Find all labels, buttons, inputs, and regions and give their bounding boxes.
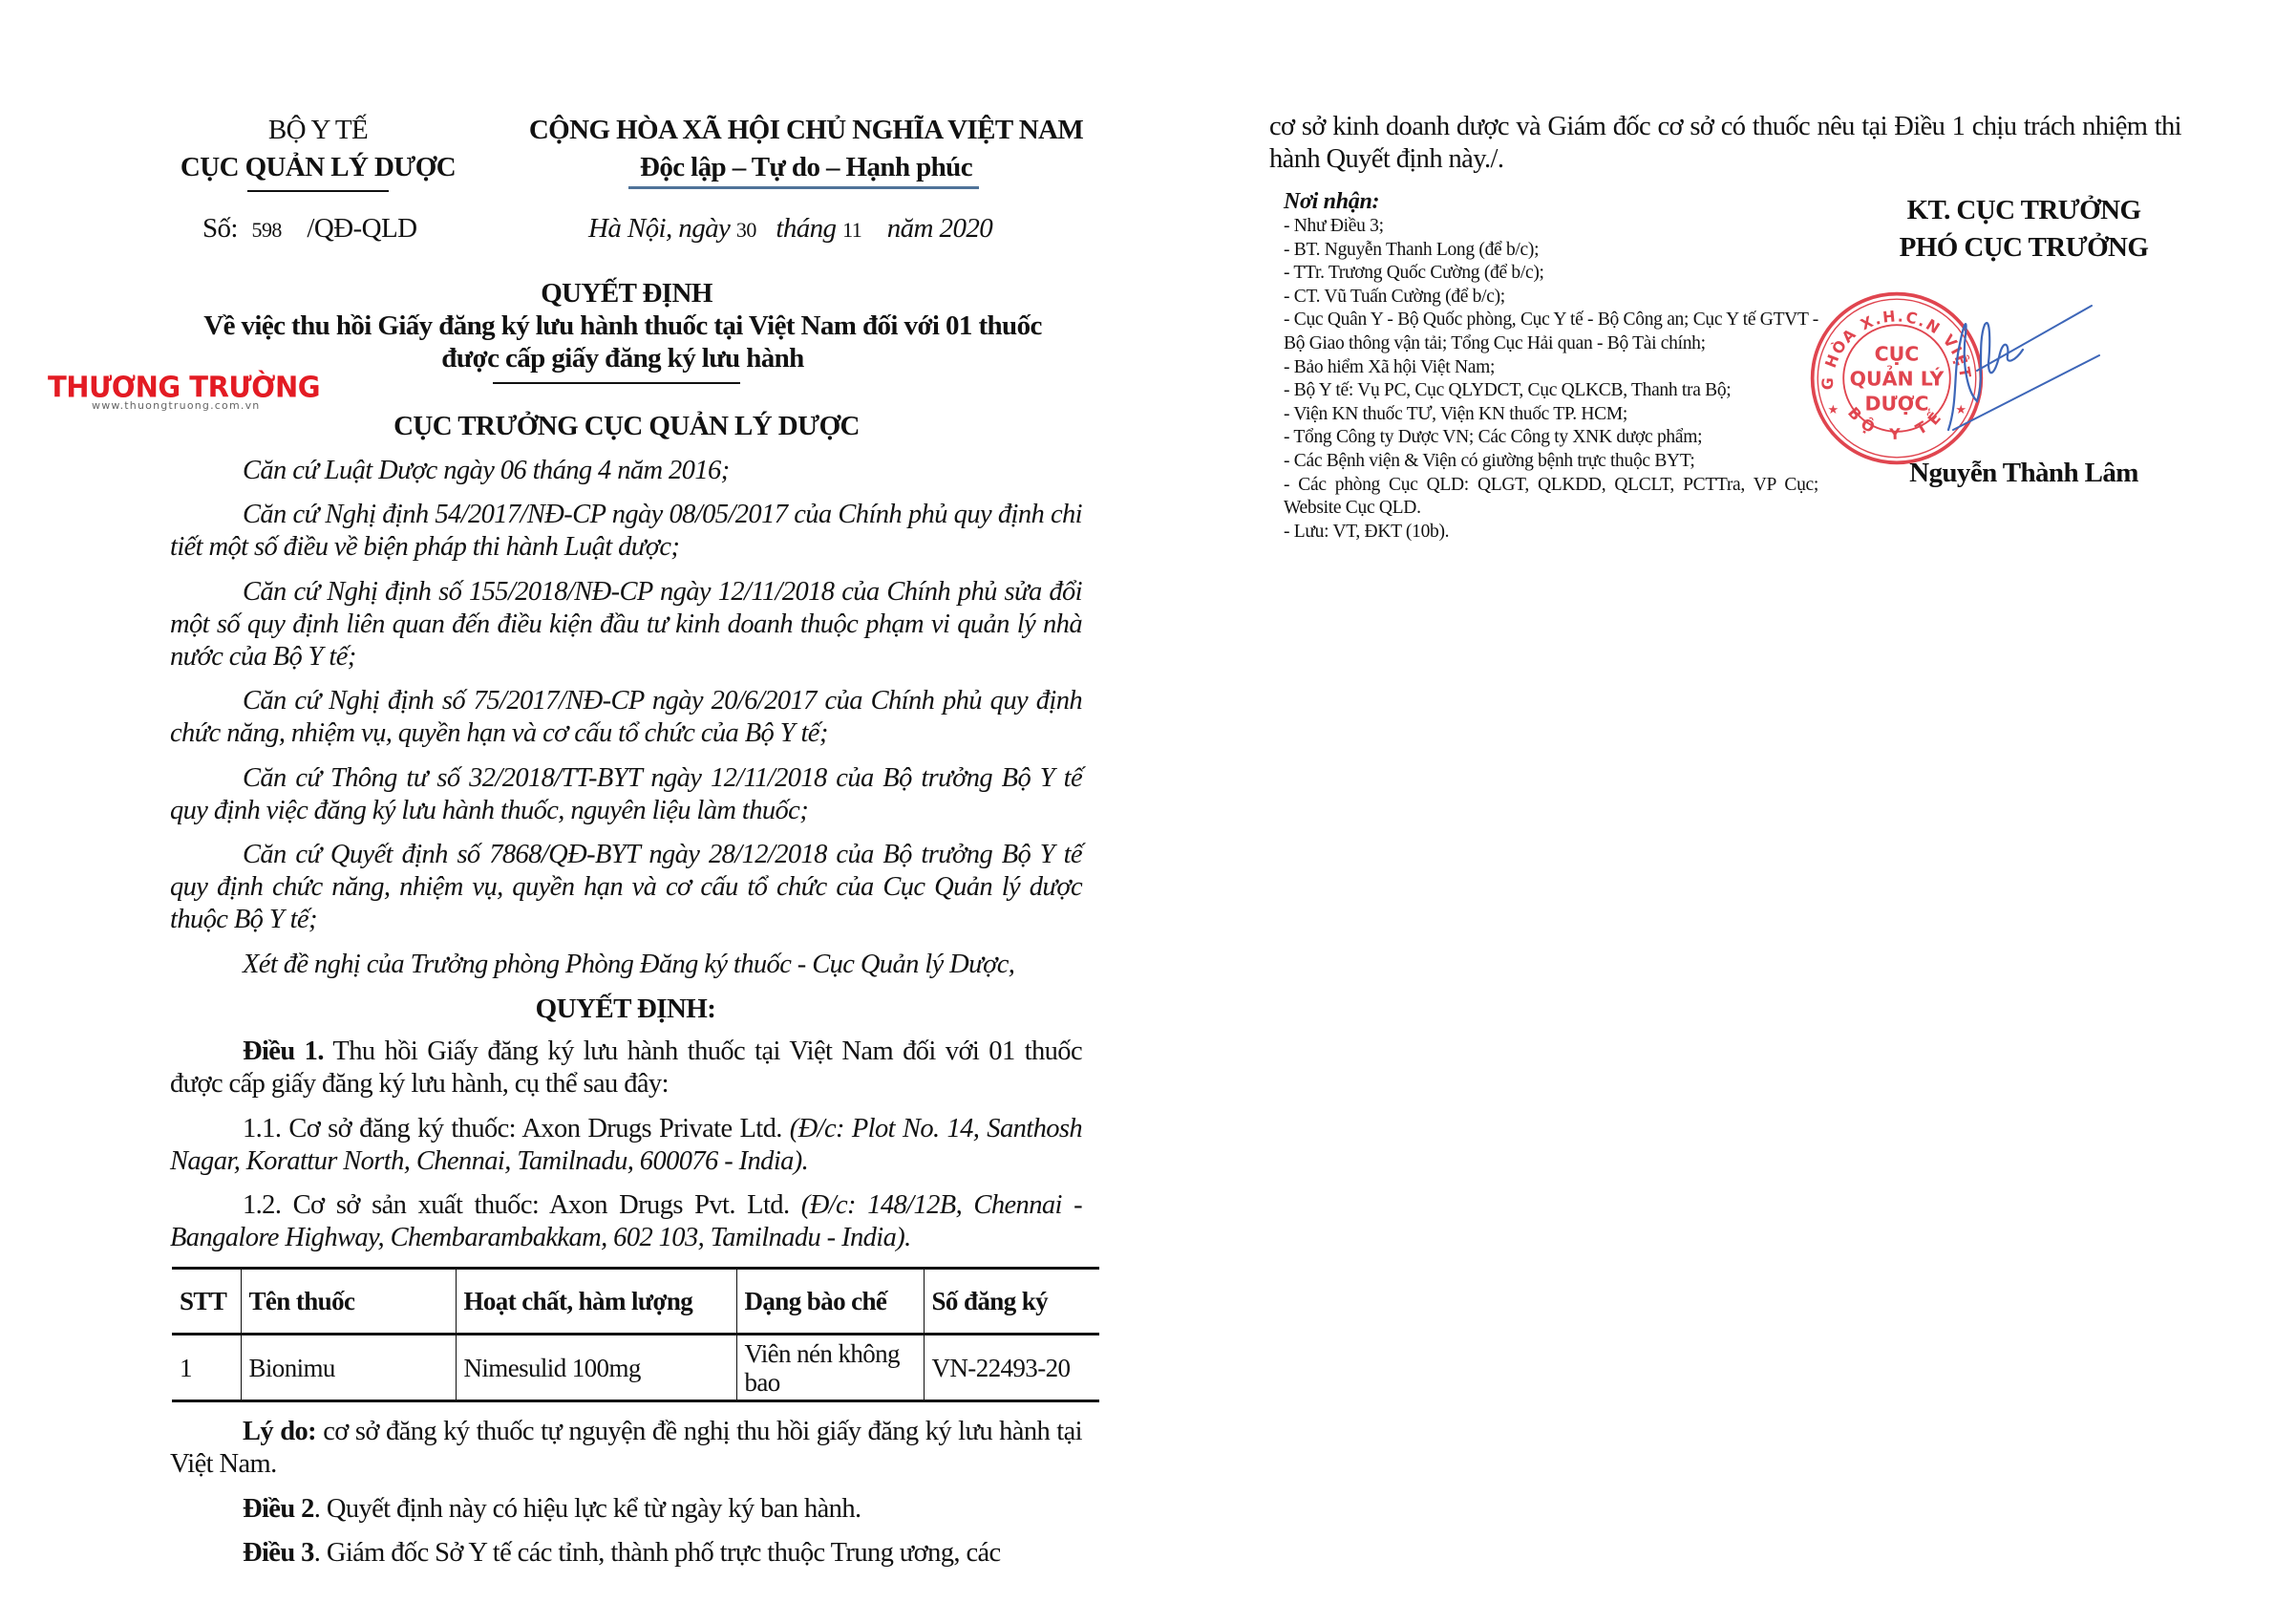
date-year: năm 2020 bbox=[887, 213, 992, 244]
ministry-name: BỘ Y TẾ bbox=[268, 114, 368, 146]
cell-active-ingredient: Nimesulid 100mg bbox=[456, 1335, 736, 1401]
preamble-1: Căn cứ Luật Dược ngày 06 tháng 4 năm 201… bbox=[170, 455, 1082, 487]
preamble-6: Căn cứ Quyết định số 7868/QĐ-BYT ngày 28… bbox=[170, 839, 1082, 936]
issuing-authority: CỤC TRƯỞNG CỤC QUẢN LÝ DƯỢC bbox=[393, 410, 860, 442]
date-place: Hà Nội, ngày bbox=[588, 213, 730, 244]
article-2: Điều 2. Quyết định này có hiệu lực kể từ… bbox=[170, 1493, 1082, 1526]
motto-underline bbox=[628, 186, 979, 189]
cell-dosage-form: Viên nén không bao bbox=[736, 1335, 924, 1401]
recipient-item: - Bộ Y tế: Vụ PC, Cục QLYDCT, Cục QLKCB,… bbox=[1284, 379, 1818, 403]
recipient-item: - Viện KN thuốc TƯ, Viện KN thuốc TP. HC… bbox=[1284, 403, 1818, 427]
national-motto: Độc lập – Tự do – Hạnh phúc bbox=[640, 151, 972, 183]
article-2-text: . Quyết định này có hiệu lực kể từ ngày … bbox=[314, 1494, 861, 1524]
signer-title: PHÓ CỤC TRƯỞNG bbox=[1900, 232, 2149, 264]
signer-on-behalf: KT. CỤC TRƯỞNG bbox=[1907, 195, 2141, 226]
department-underline bbox=[247, 190, 389, 192]
country-name: CỘNG HÒA XÃ HỘI CHỦ NGHĨA VIỆT NAM bbox=[529, 114, 1083, 146]
document-type-heading: QUYẾT ĐỊNH bbox=[541, 277, 712, 310]
article-3: Điều 3. Giám đốc Sở Y tế các tỉnh, thành… bbox=[170, 1537, 1082, 1570]
recipients-block: Nơi nhận: - Như Điều 3;- BT. Nguyễn Than… bbox=[1284, 188, 1818, 544]
signer-name: Nguyễn Thành Lâm bbox=[1909, 458, 2138, 489]
title-underline bbox=[493, 382, 740, 384]
recipient-item: - BT. Nguyễn Thanh Long (để b/c); bbox=[1284, 239, 1818, 263]
preamble-4: Căn cứ Nghị định số 75/2017/NĐ-CP ngày 2… bbox=[170, 685, 1082, 750]
document-number: Số: 598 /QĐ-QLD bbox=[202, 212, 416, 246]
doc-number-suffix: /QĐ-QLD bbox=[307, 213, 416, 244]
doc-number-value: 598 bbox=[252, 218, 282, 242]
preamble-7: Xét đề nghị của Trưởng phòng Phòng Đăng … bbox=[170, 949, 1082, 981]
recipient-item: - CT. Vũ Tuấn Cường (để b/c); bbox=[1284, 286, 1818, 310]
date-month-label: tháng bbox=[776, 213, 836, 244]
preamble-3: Căn cứ Nghị định số 155/2018/NĐ-CP ngày … bbox=[170, 576, 1082, 673]
handwritten-signature-icon bbox=[1939, 287, 2101, 439]
date-day: 30 bbox=[736, 218, 756, 242]
article-3-continuation: cơ sở kinh doanh dược và Giám đốc cơ sở … bbox=[1269, 111, 2181, 176]
date-month: 11 bbox=[842, 218, 861, 242]
table-header-row: STT Tên thuốc Hoạt chất, hàm lượng Dạng … bbox=[172, 1269, 1099, 1335]
article-1-label: Điều 1. bbox=[243, 1036, 324, 1066]
cell-registration-number: VN-22493-20 bbox=[924, 1335, 1099, 1401]
recipient-item: - Các phòng Cục QLD: QLGT, QLKDD, QLCLT,… bbox=[1284, 474, 1818, 521]
reason-label: Lý do: bbox=[243, 1417, 316, 1446]
recipient-item: - TTr. Trương Quốc Cường (để b/c); bbox=[1284, 262, 1818, 286]
document-subject-line1: Về việc thu hồi Giấy đăng ký lưu hành th… bbox=[203, 310, 1042, 342]
preamble-5: Căn cứ Thông tư số 32/2018/TT-BYT ngày 1… bbox=[170, 762, 1082, 827]
recipient-item: - Cục Quân Y - Bộ Quốc phòng, Cục Y tế -… bbox=[1284, 309, 1818, 355]
article-1: Điều 1. Thu hồi Giấy đăng ký lưu hành th… bbox=[170, 1036, 1082, 1100]
registrant-company: Axon Drugs Private Ltd. bbox=[521, 1114, 781, 1143]
header-stt: STT bbox=[172, 1269, 241, 1335]
department-name: CỤC QUẢN LÝ DƯỢC bbox=[181, 151, 456, 183]
header-dosage-form: Dạng bào chế bbox=[736, 1269, 924, 1335]
recipient-item: - Lưu: VT, ĐKT (10b). bbox=[1284, 521, 1818, 545]
recipients-list: - Như Điều 3;- BT. Nguyễn Thanh Long (để… bbox=[1284, 215, 1818, 544]
header-drug-name: Tên thuốc bbox=[241, 1269, 456, 1335]
recipient-item: - Các Bệnh viện & Viện có giường bệnh tr… bbox=[1284, 450, 1818, 474]
svg-text:★: ★ bbox=[1827, 402, 1839, 417]
header-registration-number: Số đăng ký bbox=[924, 1269, 1099, 1335]
article-1-item-2: 1.2. Cơ sở sản xuất thuốc: Axon Drugs Pv… bbox=[170, 1189, 1082, 1254]
reason: Lý do: cơ sở đăng ký thuốc tự nguyện đề … bbox=[170, 1416, 1082, 1481]
cell-stt: 1 bbox=[172, 1335, 241, 1401]
article-2-label: Điều 2 bbox=[243, 1494, 314, 1524]
document-subject-line2: được cấp giấy đăng ký lưu hành bbox=[441, 342, 803, 374]
article-3-label: Điều 3 bbox=[243, 1538, 314, 1568]
recipient-item: - Tổng Công ty Dược VN; Các Công ty XNK … bbox=[1284, 426, 1818, 450]
header-active-ingredient: Hoạt chất, hàm lượng bbox=[456, 1269, 736, 1335]
decision-heading: QUYẾT ĐỊNH: bbox=[536, 993, 716, 1025]
article-3-text-left: . Giám đốc Sở Y tế các tỉnh, thành phố t… bbox=[314, 1538, 1001, 1568]
place-and-date: Hà Nội, ngày 30 tháng 11 năm 2020 bbox=[588, 212, 992, 246]
preamble-2: Căn cứ Nghị định 54/2017/NĐ-CP ngày 08/0… bbox=[170, 499, 1082, 564]
recipient-item: - Bảo hiểm Xã hội Việt Nam; bbox=[1284, 356, 1818, 380]
cell-drug-name: Bionimu bbox=[241, 1335, 456, 1401]
recipients-title: Nơi nhận: bbox=[1284, 188, 1818, 215]
svg-text:DƯỢC: DƯỢC bbox=[1865, 392, 1929, 415]
recipient-item: - Như Điều 3; bbox=[1284, 215, 1818, 239]
article-1-item-1: 1.1. Cơ sở đăng ký thuốc: Axon Drugs Pri… bbox=[170, 1113, 1082, 1178]
drug-table: STT Tên thuốc Hoạt chất, hàm lượng Dạng … bbox=[172, 1267, 1099, 1402]
svg-text:QUẢN LÝ: QUẢN LÝ bbox=[1850, 364, 1945, 390]
manufacturer-company: Axon Drugs Pvt. Ltd. bbox=[549, 1190, 790, 1220]
watermark-url: www.thuongtruong.com.vn bbox=[92, 399, 260, 412]
doc-number-prefix: Số: bbox=[202, 213, 238, 244]
table-row: 1 Bionimu Nimesulid 100mg Viên nén không… bbox=[172, 1335, 1099, 1401]
svg-text:CỤC: CỤC bbox=[1875, 342, 1920, 365]
